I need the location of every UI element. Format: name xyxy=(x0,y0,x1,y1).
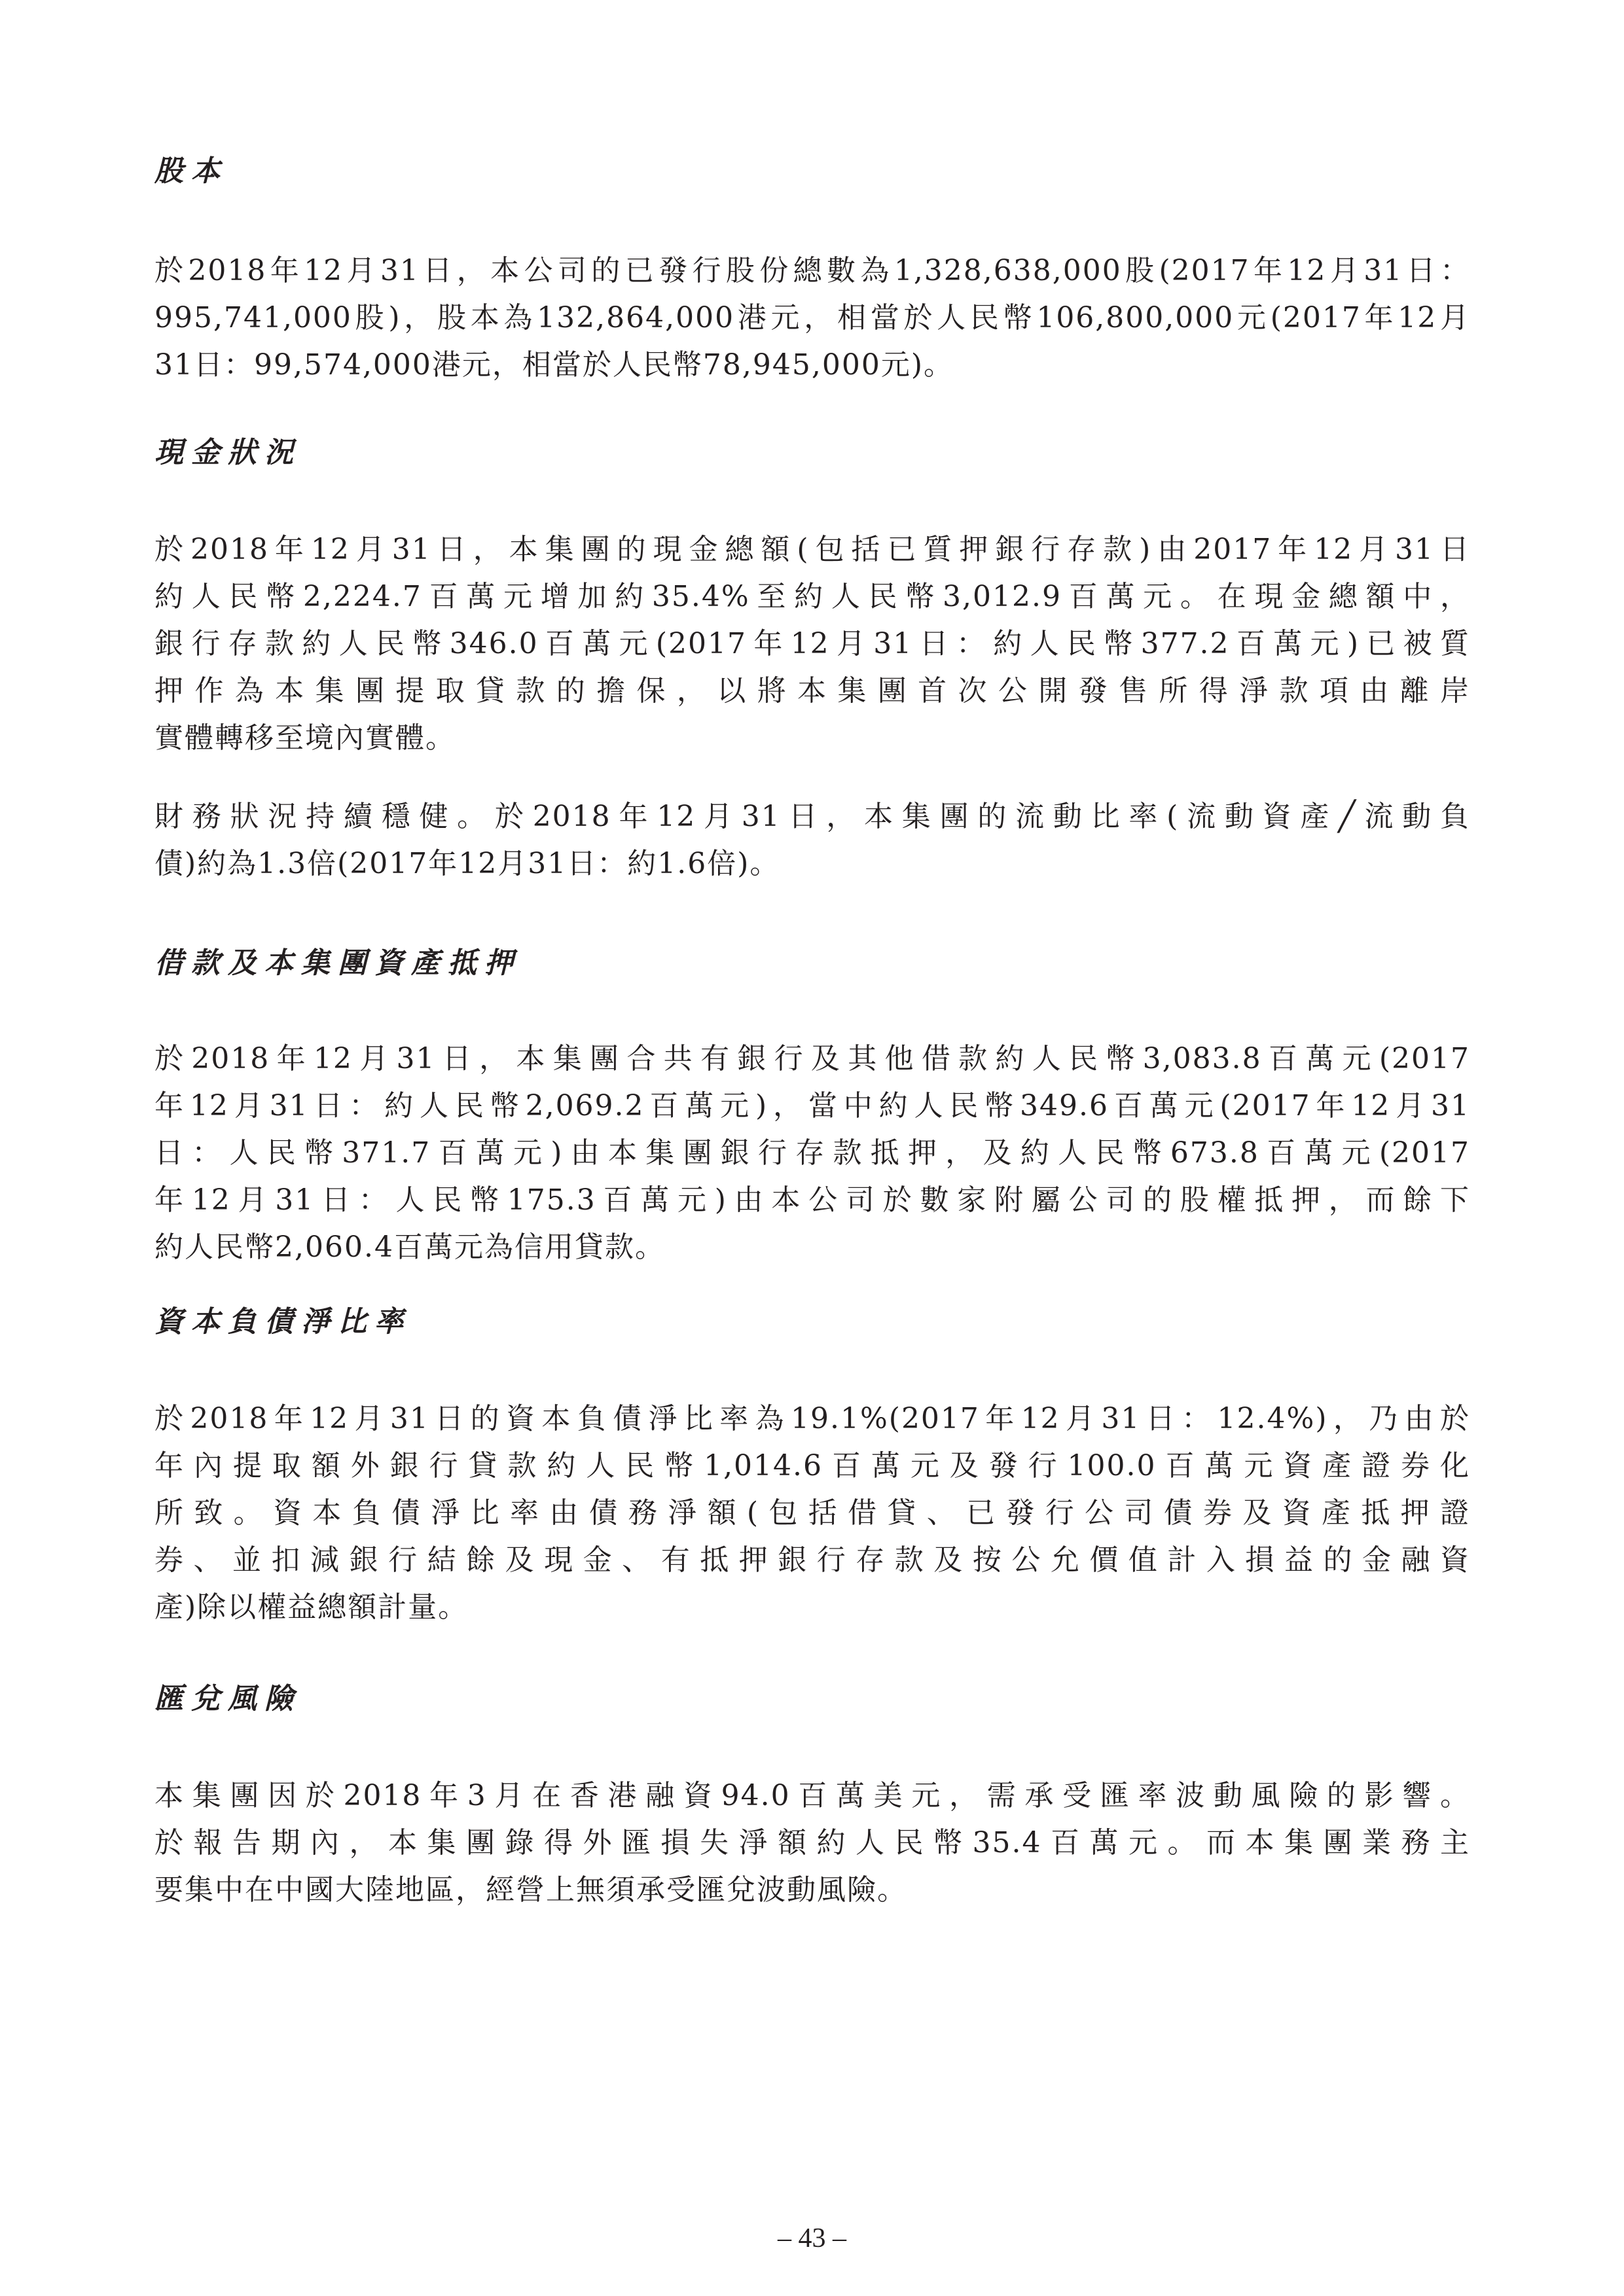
paragraph-line: 於2018年12月31日，本公司的已發行股份總數為1,328,638,000股(… xyxy=(154,247,1470,295)
paragraph-line: 於報告期內，本集團錄得外匯損失淨額約人民幣35.4百萬元。而本集團業務主 xyxy=(154,1820,1470,1867)
paragraph-line: 日：人民幣371.7百萬元)由本集團銀行存款抵押，及約人民幣673.8百萬元(2… xyxy=(154,1130,1470,1177)
paragraph-line: 約人民幣2,060.4百萬元為信用貸款。 xyxy=(154,1224,1470,1271)
paragraph-line: 於2018年12月31日的資本負債淨比率為19.1%(2017年12月31日：1… xyxy=(154,1395,1470,1443)
paragraph-line: 實體轉移至境內實體。 xyxy=(154,715,1470,762)
paragraph-line: 於2018年12月31日，本集團合共有銀行及其他借款約人民幣3,083.8百萬元… xyxy=(154,1035,1470,1083)
page-number: – 43 – xyxy=(0,2219,1624,2258)
exchange-risk-paragraph: 本集團因於2018年3月在香港融資94.0百萬美元，需承受匯率波動風險的影響。 … xyxy=(154,1772,1470,1914)
paragraph-line: 31日：99,574,000港元，相當於人民幣78,945,000元)。 xyxy=(154,342,1470,389)
paragraph-line: 於2018年12月31日，本集團的現金總額(包括已質押銀行存款)由2017年12… xyxy=(154,526,1470,573)
paragraph-line: 約人民幣2,224.7百萬元增加約35.4%至約人民幣3,012.9百萬元。在現… xyxy=(154,573,1470,620)
paragraph-line: 財務狀況持續穩健。於2018年12月31日，本集團的流動比率(流動資產╱流動負 xyxy=(154,793,1470,840)
section-heading-exchange-risk: 匯兌風險 xyxy=(154,1679,301,1719)
section-heading-cash-position: 現金狀況 xyxy=(154,433,301,473)
paragraph-line: 995,741,000股)，股本為132,864,000港元，相當於人民幣106… xyxy=(154,295,1470,342)
paragraph-line: 券、並扣減銀行結餘及現金、有抵押銀行存款及按公允價值計入損益的金融資 xyxy=(154,1537,1470,1584)
cash-position-paragraph-2: 財務狀況持續穩健。於2018年12月31日，本集團的流動比率(流動資產╱流動負 … xyxy=(154,793,1470,888)
paragraph-line: 產)除以權益總額計量。 xyxy=(154,1584,1470,1631)
paragraph-line: 年內提取額外銀行貸款約人民幣1,014.6百萬元及發行100.0百萬元資產證券化 xyxy=(154,1443,1470,1490)
paragraph-line: 要集中在中國大陸地區，經營上無須承受匯兌波動風險。 xyxy=(154,1867,1470,1914)
net-gearing-paragraph: 於2018年12月31日的資本負債淨比率為19.1%(2017年12月31日：1… xyxy=(154,1395,1470,1631)
share-capital-paragraph: 於2018年12月31日，本公司的已發行股份總數為1,328,638,000股(… xyxy=(154,247,1470,389)
paragraph-line: 本集團因於2018年3月在香港融資94.0百萬美元，需承受匯率波動風險的影響。 xyxy=(154,1772,1470,1820)
borrowings-paragraph: 於2018年12月31日，本集團合共有銀行及其他借款約人民幣3,083.8百萬元… xyxy=(154,1035,1470,1271)
document-page: 股本 於2018年12月31日，本公司的已發行股份總數為1,328,638,00… xyxy=(0,0,1624,2296)
paragraph-line: 銀行存款約人民幣346.0百萬元(2017年12月31日：約人民幣377.2百萬… xyxy=(154,620,1470,668)
section-heading-borrowings-pledge: 借款及本集團資產抵押 xyxy=(154,944,521,983)
section-heading-net-gearing-ratio: 資本負債淨比率 xyxy=(154,1302,411,1342)
cash-position-paragraph-1: 於2018年12月31日，本集團的現金總額(包括已質押銀行存款)由2017年12… xyxy=(154,526,1470,762)
paragraph-line: 押作為本集團提取貸款的擔保，以將本集團首次公開發售所得淨款項由離岸 xyxy=(154,668,1470,715)
paragraph-line: 債)約為1.3倍(2017年12月31日：約1.6倍)。 xyxy=(154,840,1470,888)
paragraph-line: 年12月31日：約人民幣2,069.2百萬元)，當中約人民幣349.6百萬元(2… xyxy=(154,1083,1470,1130)
paragraph-line: 所致。資本負債淨比率由債務淨額(包括借貸、已發行公司債券及資產抵押證 xyxy=(154,1490,1470,1537)
paragraph-line: 年12月31日：人民幣175.3百萬元)由本公司於數家附屬公司的股權抵押，而餘下 xyxy=(154,1177,1470,1224)
section-heading-share-capital: 股本 xyxy=(154,152,228,191)
